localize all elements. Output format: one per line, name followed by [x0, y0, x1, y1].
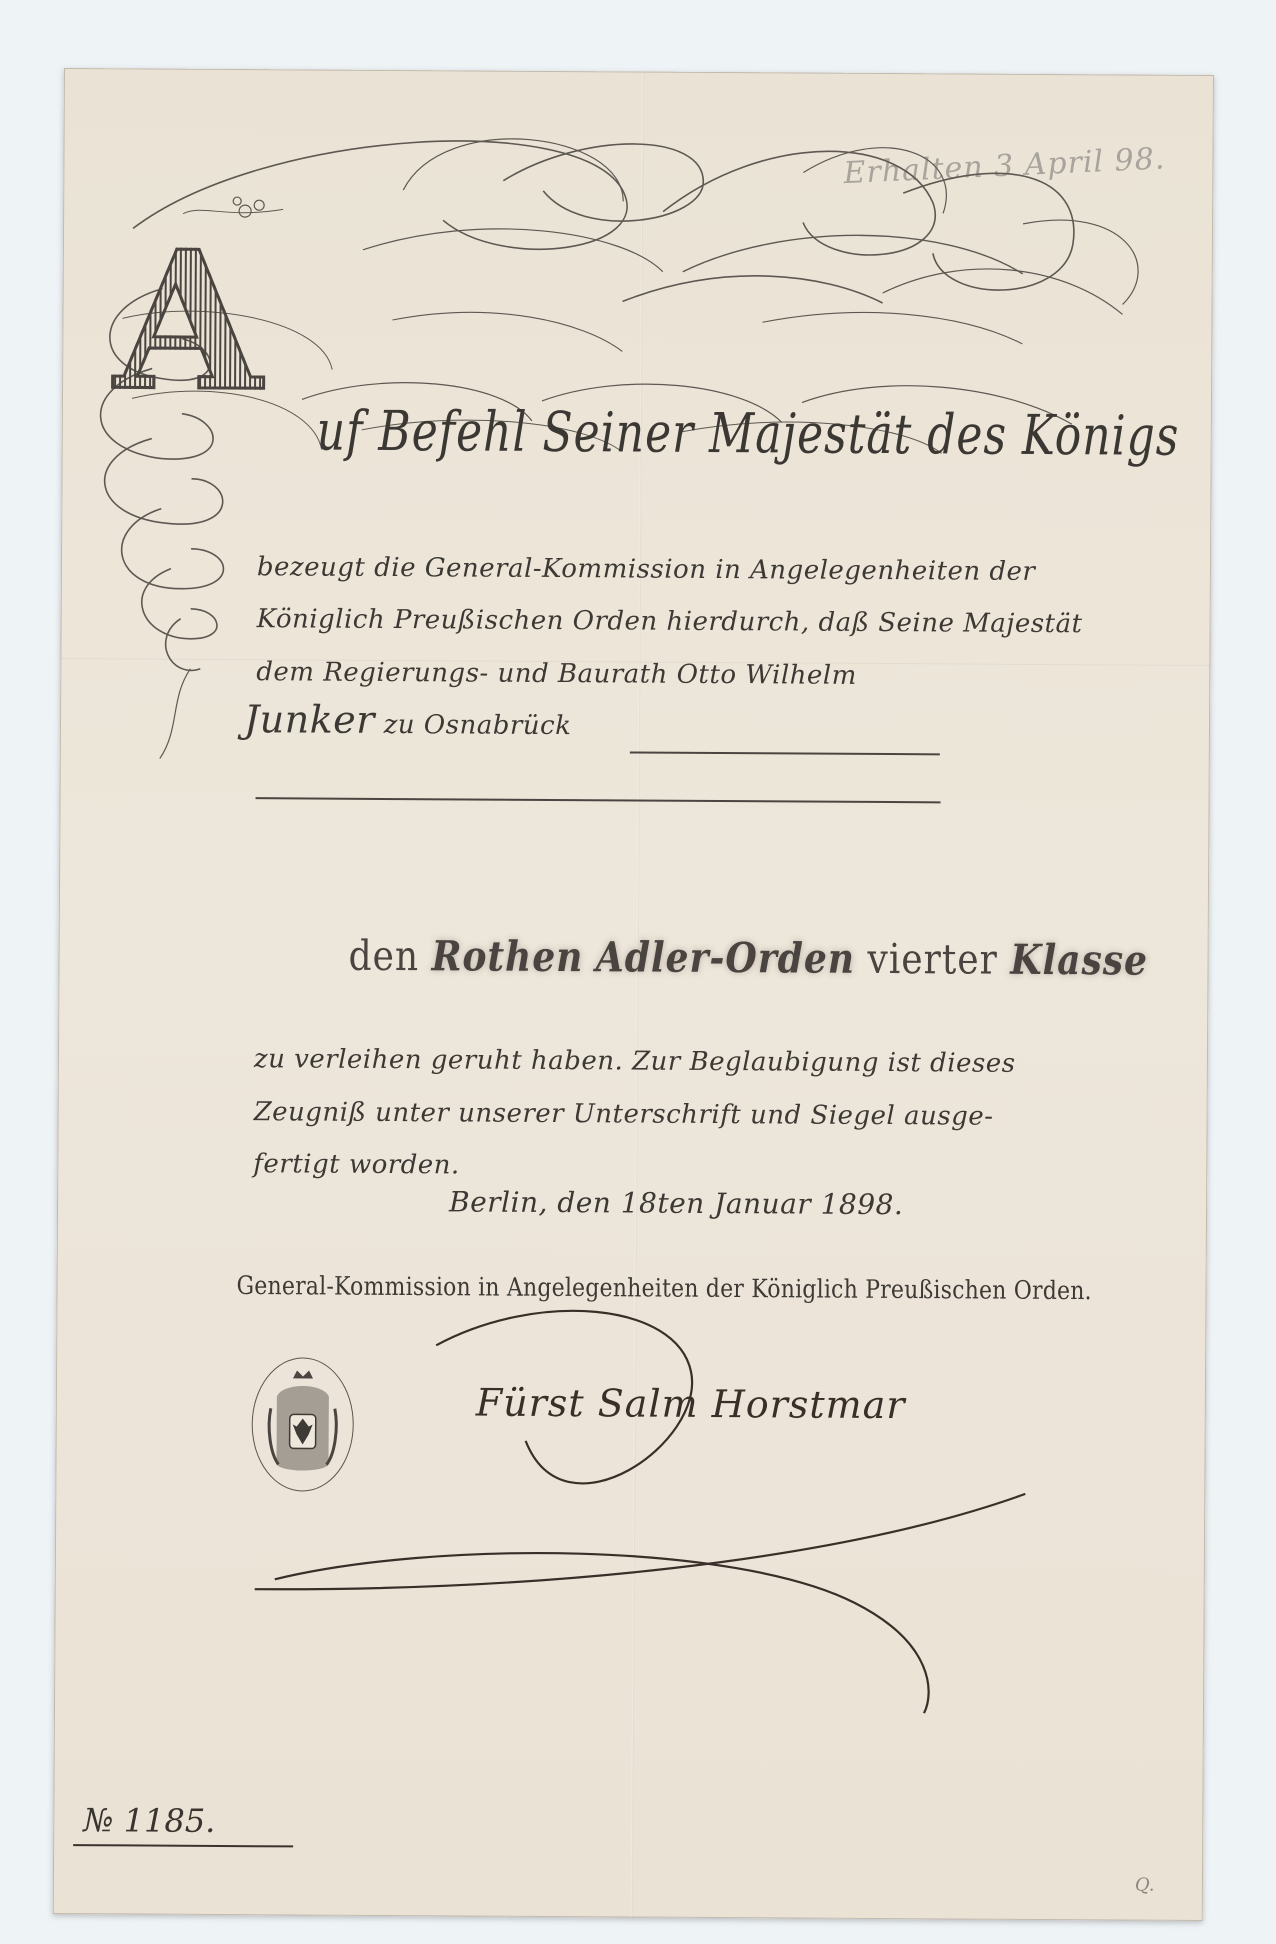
body-line-1: bezeugt die General-Kommission in Angele… — [257, 552, 1036, 587]
date-line: Berlin, den 18ten Januar 1898. — [449, 1185, 903, 1221]
document-heading: uf Befehl Seiner Majestät des Königs — [317, 400, 1180, 469]
body-line-3: dem Regierungs- und Baurath Otto Wilhelm — [256, 657, 857, 691]
illuminated-initial-A: A — [114, 226, 263, 417]
closing-line-3: fertigt worden. — [253, 1149, 460, 1180]
order-word-vierter: vierter — [867, 936, 998, 984]
filler-rule-2 — [256, 797, 941, 803]
certificate-paper: Erhalten 3 April 98. — [53, 68, 1214, 1921]
recipient-line: Junker zu Osnabrück — [244, 697, 572, 743]
signature-flourish-icon — [234, 1289, 1137, 1714]
order-word-klasse: Klasse — [1010, 936, 1148, 985]
document-number: № 1185. — [83, 1801, 215, 1840]
closing-line-1: zu verleihen geruht haben. Zur Beglaubig… — [254, 1044, 1016, 1079]
number-label: № — [83, 1801, 114, 1839]
closing-line-2: Zeugniß unter unserer Unterschrift und S… — [254, 1097, 994, 1132]
number-value: 1185. — [124, 1801, 216, 1840]
body-line-2: Königlich Preußischen Orden hierdurch, d… — [257, 604, 1083, 639]
signature: Fürst Salm Horstmar — [476, 1381, 906, 1428]
order-name: den Rothen Adler-Orden vierter Klasse — [348, 932, 1148, 985]
number-underline — [73, 1844, 293, 1847]
order-prefix: den — [348, 933, 419, 981]
recipient-surname: Junker — [244, 697, 375, 742]
order-word-rothen: Rothen — [431, 932, 583, 981]
corner-pencil-mark: Q. — [1135, 1875, 1155, 1896]
order-word-adler-orden: Adler-Orden — [596, 933, 855, 983]
recipient-place: zu Osnabrück — [384, 710, 572, 741]
